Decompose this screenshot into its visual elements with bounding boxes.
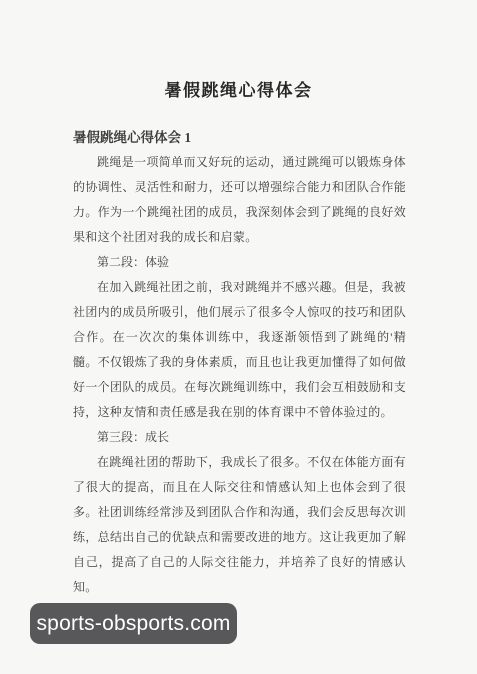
watermark-text: sports-obsports.com xyxy=(36,612,230,636)
watermark-badge: sports-obsports.com xyxy=(30,603,237,644)
document-body: 暑假跳绳心得体会 1 跳绳是一项简单而又好玩的运动，通过跳绳可以锻炼身体的协调性… xyxy=(73,125,406,625)
paragraph-growth: 在跳绳社团的帮助下，我成长了很多。不仅在体能方面有了很大的提高，而且在人际交往和… xyxy=(73,450,406,600)
section-heading-growth: 第三段：成长 xyxy=(73,425,406,450)
document-page: 暑假跳绳心得体会 暑假跳绳心得体会 1 跳绳是一项简单而又好玩的运动，通过跳绳可… xyxy=(0,0,477,674)
paragraph-experience: 在加入跳绳社团之前，我对跳绳并不感兴趣。但是，我被社团内的成员所吸引，他们展示了… xyxy=(73,275,406,425)
paragraph-intro: 跳绳是一项简单而又好玩的运动，通过跳绳可以锻炼身体的协调性、灵活性和耐力，还可以… xyxy=(73,150,406,250)
document-title: 暑假跳绳心得体会 xyxy=(0,76,477,101)
section-heading-experience: 第二段：体验 xyxy=(73,250,406,275)
article-subtitle: 暑假跳绳心得体会 1 xyxy=(73,125,406,150)
